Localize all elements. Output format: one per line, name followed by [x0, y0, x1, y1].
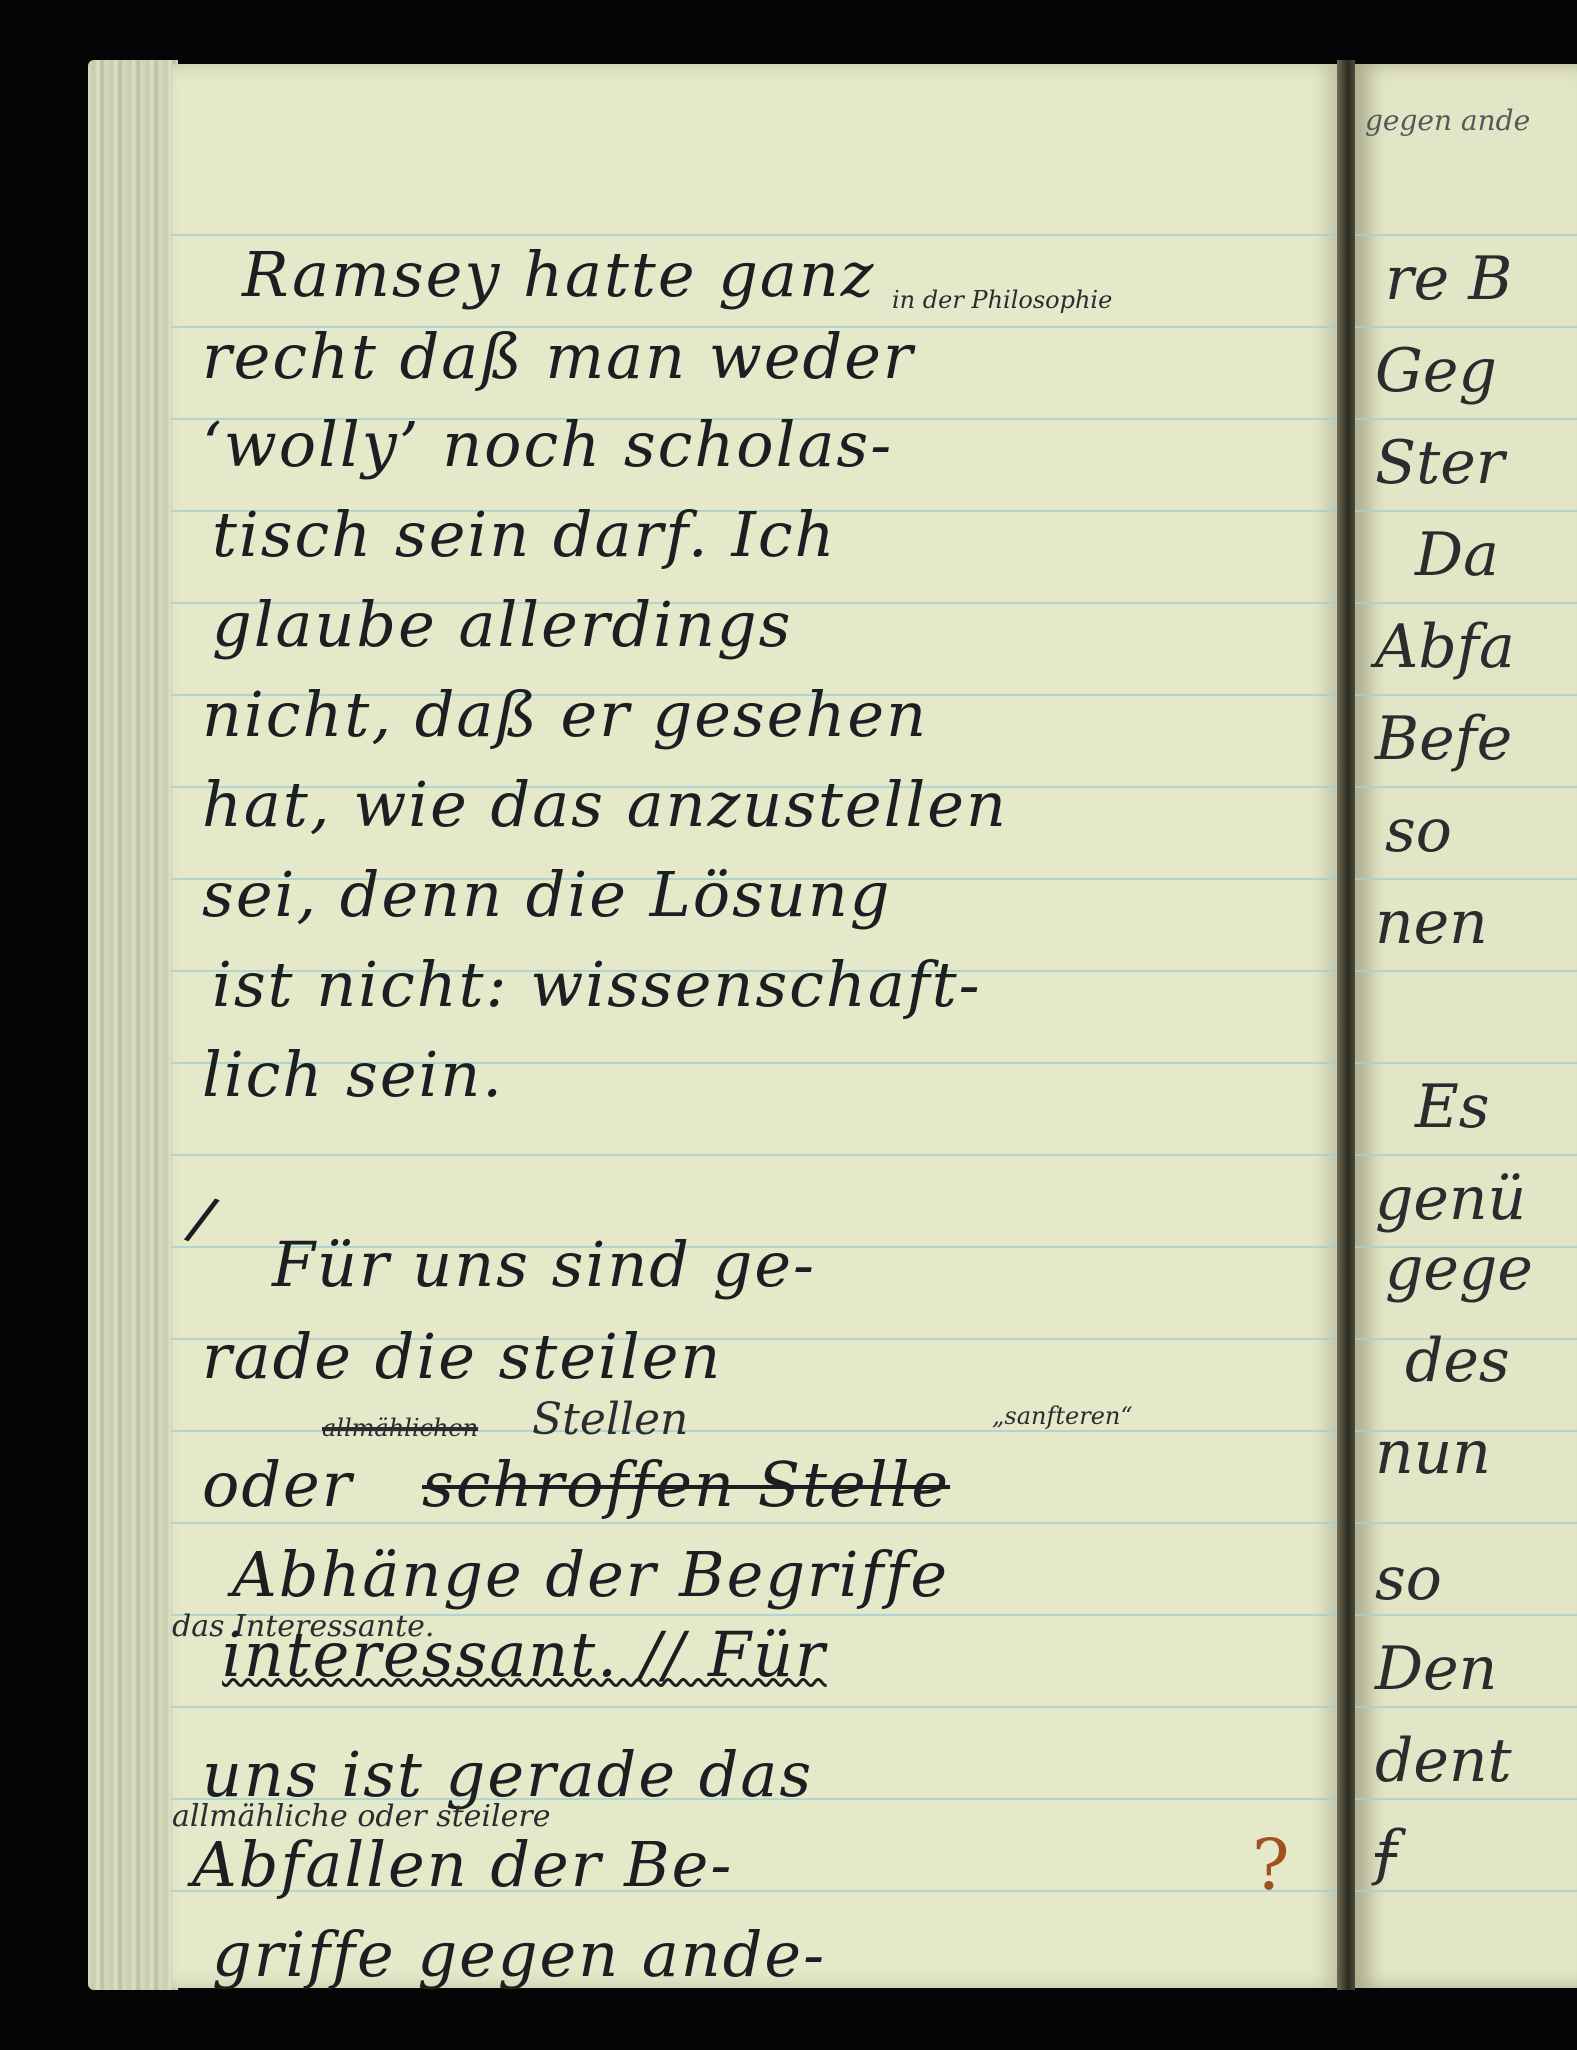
ruling-line	[1355, 418, 1577, 420]
ruling-line	[1355, 1798, 1577, 1800]
ruling-line	[1355, 1154, 1577, 1156]
text-line: sei, denn die Lösung	[202, 864, 892, 926]
struck-text: schroffen Stelle	[422, 1454, 950, 1516]
text-line: glaube allerdings	[212, 594, 792, 656]
ruling-line	[1355, 694, 1577, 696]
right-header-fragment: gegen ande	[1365, 104, 1530, 137]
right-text-line: Geg	[1375, 336, 1497, 406]
ruling-line	[1355, 970, 1577, 972]
text-line: ist nicht: wissenschaft-	[212, 954, 982, 1016]
ruling-line	[1355, 1614, 1577, 1616]
left-page: Ramsey hatte ganz in der Philosophie rec…	[172, 64, 1337, 1988]
text-line: lich sein.	[202, 1044, 504, 1106]
ruling-line	[1355, 1522, 1577, 1524]
insertion-text: Stellen	[532, 1394, 688, 1445]
insertion-quote: „sanfteren“	[992, 1402, 1133, 1430]
text-line: interessant. // Für	[222, 1624, 827, 1686]
ruling-line	[172, 1706, 1337, 1708]
text-line: hat, wie das anzustellen	[202, 774, 1008, 836]
text-line: recht daß man weder	[202, 326, 915, 388]
text-line: griffe gegen ande-	[212, 1924, 826, 1986]
ruling-line	[1355, 1062, 1577, 1064]
right-text-line: Da	[1415, 520, 1499, 590]
ruling-line	[1355, 1890, 1577, 1892]
ruling-line	[1355, 234, 1577, 236]
ruling-line	[172, 1522, 1337, 1524]
right-text-line: so	[1375, 1544, 1442, 1614]
book-gutter	[1337, 60, 1355, 1990]
ruling-line	[1355, 786, 1577, 788]
insertion-text: in der Philosophie	[892, 286, 1112, 314]
ruling-line	[172, 1154, 1337, 1156]
text-line: Ramsey hatte ganz	[242, 244, 875, 306]
text-line: Für uns sind ge-	[272, 1234, 816, 1296]
ruling-line	[1355, 878, 1577, 880]
red-question-mark: ?	[1252, 1824, 1290, 1906]
right-text-line: nen	[1375, 888, 1488, 958]
right-text-line: gege	[1385, 1234, 1533, 1304]
text-line: tisch sein darf. Ich	[212, 504, 837, 566]
right-text-line: Befe	[1375, 704, 1512, 774]
text-line: nicht, daß er gesehen	[202, 684, 928, 746]
text-line: ‘wolly’ noch scholas-	[202, 414, 893, 476]
ruling-line	[172, 234, 1337, 236]
right-text-line: nun	[1375, 1418, 1491, 1488]
ruling-line	[1355, 326, 1577, 328]
right-text-line: Es	[1415, 1072, 1490, 1142]
text-line: Abhänge der Begriffe	[232, 1544, 949, 1606]
right-page: gegen ande re B Geg Ster Da Abfa Befe so…	[1355, 64, 1577, 1988]
right-text-line: dent	[1375, 1726, 1512, 1796]
notebook-page-edges	[88, 60, 178, 1990]
ruling-line	[1355, 510, 1577, 512]
right-text-line: Abfa	[1375, 612, 1515, 682]
right-text-line: so	[1385, 796, 1452, 866]
right-struck-line: f	[1375, 1818, 1397, 1888]
right-text-line: des	[1405, 1326, 1510, 1396]
struck-insertion: allmählichen	[322, 1414, 478, 1442]
right-text-line: re B	[1385, 244, 1512, 314]
text-line-oder: oder	[202, 1454, 375, 1516]
ruling-line	[1355, 1706, 1577, 1708]
right-text-line: Ster	[1375, 428, 1504, 498]
ruling-line	[1355, 602, 1577, 604]
text-line: uns ist gerade das	[202, 1744, 813, 1806]
right-text-line: Den	[1375, 1634, 1497, 1704]
text-line: Abfallen der Be-	[192, 1834, 733, 1896]
text-line: rade die steilen	[202, 1326, 722, 1388]
paragraph-slash-mark: /	[181, 1183, 224, 1256]
right-text-line: genü	[1375, 1164, 1526, 1234]
